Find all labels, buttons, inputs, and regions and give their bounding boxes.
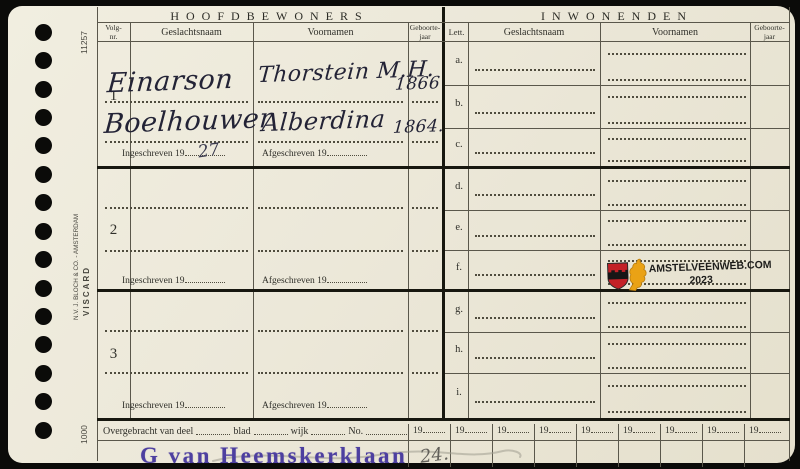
volgnr-2: 2 <box>97 222 130 239</box>
binder-hole <box>35 365 52 382</box>
writing-line <box>475 152 595 154</box>
dotted-leader <box>196 425 230 435</box>
binder-hole <box>35 336 52 353</box>
year-label: 19 <box>665 426 675 436</box>
writing-line <box>475 317 595 319</box>
column-header-geslachtsnaam: Geslachtsnaam <box>468 27 600 38</box>
row-letter: i. <box>449 387 469 398</box>
writing-line <box>475 194 595 196</box>
row-letter: g. <box>449 304 469 315</box>
dotted-leader <box>185 273 225 283</box>
afgeschreven-label-3: Afgeschreven 19 <box>262 398 367 411</box>
year-cell: 19 <box>450 420 492 440</box>
writing-line <box>105 141 248 143</box>
writing-line <box>608 53 746 55</box>
grid-line <box>789 7 790 461</box>
year-cell: 19 <box>492 420 534 440</box>
volgnr-3: 3 <box>97 346 130 363</box>
writing-line <box>608 160 746 162</box>
afgeschreven-label-1: Afgeschreven 19 <box>262 146 367 159</box>
writing-line <box>412 207 438 209</box>
writing-line <box>258 141 403 143</box>
year-label: 19 <box>539 426 549 436</box>
label-text: Ingeschreven 19 <box>122 276 185 286</box>
label-text: Afgeschreven 19 <box>262 401 327 411</box>
dotted-leader <box>327 273 367 283</box>
overgebracht-label: Overgebracht van deel <box>103 426 193 437</box>
binder-hole <box>35 223 52 240</box>
binder-hole <box>35 422 52 439</box>
inwonenden-row-c: c. <box>445 128 789 166</box>
scan-background: 11257 N.V. J. BLOCH & CO. - AMSTERDAM VI… <box>0 0 800 469</box>
binder-hole <box>35 137 52 154</box>
writing-line <box>412 141 438 143</box>
binder-hole <box>35 109 52 126</box>
watermark-year: 2023 <box>649 272 753 288</box>
row-letter: d. <box>449 181 469 192</box>
year-cell: 19 <box>744 420 789 440</box>
binder-hole <box>35 194 52 211</box>
handwritten-surname-1: Einarson <box>106 64 234 100</box>
column-header-line: jaar <box>408 33 442 42</box>
label-text: Afgeschreven 19 <box>262 276 327 286</box>
year-cell: 19 <box>702 420 744 440</box>
edge-serial-top: 11257 <box>79 12 89 54</box>
wijk-label: wijk <box>291 426 309 437</box>
year-label: 19 <box>623 426 633 436</box>
column-header-geboortejaar: Geboorte- jaar <box>750 24 789 41</box>
column-header-volgnr: Volg- nr. <box>97 24 130 41</box>
writing-line <box>475 112 595 114</box>
writing-line <box>608 244 746 246</box>
binder-hole <box>35 81 52 98</box>
writing-line <box>608 122 746 124</box>
column-header-geslachtsnaam: Geslachtsnaam <box>130 27 253 38</box>
dotted-leader <box>185 398 225 408</box>
dotted-leader <box>717 424 739 433</box>
row-letter: c. <box>449 139 469 150</box>
label-text: Ingeschreven 19 <box>122 149 185 159</box>
binder-hole <box>35 393 52 410</box>
binder-hole <box>35 251 52 268</box>
dotted-leader <box>311 425 345 435</box>
inwonenden-row-d: d. <box>445 169 789 210</box>
writing-line <box>608 343 746 345</box>
writing-line <box>608 411 746 413</box>
writing-line <box>608 302 746 304</box>
lion-icon <box>622 257 649 292</box>
registration-card: 11257 N.V. J. BLOCH & CO. - AMSTERDAM VI… <box>8 6 795 463</box>
dotted-leader <box>327 146 367 156</box>
row-letter: a. <box>449 55 469 66</box>
writing-line <box>412 372 438 374</box>
writing-line <box>475 357 595 359</box>
writing-line <box>608 79 746 81</box>
writing-line <box>105 372 248 374</box>
writing-line <box>475 235 595 237</box>
writing-line <box>475 69 595 71</box>
dotted-leader <box>327 398 367 408</box>
writing-line <box>608 326 746 328</box>
row-letter: e. <box>449 222 469 233</box>
writing-line <box>258 372 403 374</box>
inwonenden-row-h: h. <box>445 332 789 373</box>
year-cell: 19 <box>660 420 702 440</box>
year-label: 19 <box>581 426 591 436</box>
writing-line <box>608 367 746 369</box>
year-label: 19 <box>749 426 759 436</box>
handwritten-birthyear-1: 1866 <box>394 73 441 95</box>
column-header-voornamen: Voornamen <box>253 27 408 38</box>
writing-line <box>608 138 746 140</box>
year-label: 19 <box>497 426 507 436</box>
year-label: 19 <box>707 426 717 436</box>
inwonenden-row-b: b. <box>445 85 789 128</box>
ingeschreven-label-3: Ingeschreven 19 <box>122 398 225 411</box>
writing-line <box>608 385 746 387</box>
handwritten-ingeschreven-year: 27 <box>197 140 221 163</box>
dotted-leader <box>633 424 655 433</box>
writing-line <box>105 207 248 209</box>
writing-line <box>608 96 746 98</box>
inwonenden-row-e: e. <box>445 210 789 250</box>
handwritten-house-number: 24. <box>419 443 450 467</box>
writing-line <box>258 250 403 252</box>
watermark-text: AMSTELVEENWEB.COM <box>649 259 772 275</box>
no-label: No. <box>348 426 363 437</box>
edge-serial-bottom: 1000 <box>79 412 89 444</box>
column-header-line: jaar <box>750 33 789 42</box>
column-header-voornamen: Voornamen <box>600 27 750 38</box>
column-header-lett: Lett. <box>445 27 468 37</box>
dotted-leader <box>759 424 781 433</box>
dotted-leader <box>366 425 407 435</box>
writing-line <box>258 207 403 209</box>
afgeschreven-label-2: Afgeschreven 19 <box>262 273 367 286</box>
dotted-leader <box>254 425 288 435</box>
label-text: Ingeschreven 19 <box>122 401 185 411</box>
writing-line <box>608 180 746 182</box>
binder-hole <box>35 308 52 325</box>
writing-line <box>105 330 248 332</box>
year-label: 19 <box>455 426 465 436</box>
inwonenden-title: INWONENDEN <box>445 9 789 24</box>
column-header-geboortejaar: Geboorte- jaar <box>408 24 442 41</box>
overgebracht-row: Overgebracht van deel blad wijk No. <box>103 422 407 437</box>
handwritten-surname-2: Boelhouwer <box>103 103 274 140</box>
inwonenden-row-a: a. <box>445 42 789 85</box>
binder-hole <box>35 280 52 297</box>
dotted-leader <box>675 424 697 433</box>
year-cell: 19 <box>534 420 576 440</box>
handwritten-birthyear-2: 1864. <box>392 116 445 138</box>
writing-line <box>608 204 746 206</box>
binder-hole <box>35 166 52 183</box>
dotted-leader <box>549 424 571 433</box>
writing-line <box>475 274 595 276</box>
row-letter: f. <box>449 262 469 273</box>
edge-printer-imprint: N.V. J. BLOCH & CO. - AMSTERDAM <box>73 152 80 320</box>
grid-line <box>97 440 790 441</box>
street-name-stamp: G van Heemskerklaan <box>140 443 407 469</box>
year-cell: 19 <box>576 420 618 440</box>
writing-line <box>258 101 403 103</box>
year-cell: 19 <box>408 420 450 440</box>
dotted-leader <box>507 424 529 433</box>
binder-hole <box>35 24 52 41</box>
writing-line <box>412 250 438 252</box>
hoofdbewoners-title: HOOFDBEWONERS <box>97 9 442 24</box>
handwritten-firstnames-2: Alberdina <box>261 105 386 137</box>
dotted-leader <box>423 424 445 433</box>
blad-label: blad <box>233 426 250 437</box>
column-header-line: nr. <box>97 33 130 42</box>
dotted-leader <box>465 424 487 433</box>
year-cell: 19 <box>618 420 660 440</box>
writing-line <box>475 401 595 403</box>
writing-line <box>258 330 403 332</box>
writing-line <box>105 250 248 252</box>
grid-line <box>253 22 254 418</box>
edge-brand: VISCARD <box>82 218 91 316</box>
watermark: AMSTELVEENWEB.COM 2023 <box>604 253 755 298</box>
row-letter: b. <box>449 98 469 109</box>
label-text: Afgeschreven 19 <box>262 149 327 159</box>
writing-line <box>105 101 248 103</box>
row-letter: h. <box>449 344 469 355</box>
binder-hole <box>35 52 52 69</box>
year-label: 19 <box>413 426 423 436</box>
dotted-leader <box>591 424 613 433</box>
ingeschreven-label-2: Ingeschreven 19 <box>122 273 225 286</box>
writing-line <box>412 101 438 103</box>
writing-line <box>412 330 438 332</box>
inwonenden-row-i: i. <box>445 373 789 418</box>
writing-line <box>608 220 746 222</box>
